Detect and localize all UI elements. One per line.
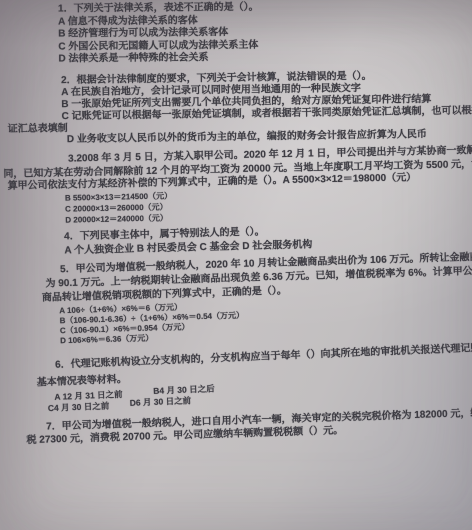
question-1-stem: 1．下列关于法律关系，表述不正确的是（）。 [58, 0, 472, 14]
question-1: 1．下列关于法律关系，表述不正确的是（）。 A 信息不得成为法律关系的客体 B … [0, 0, 472, 68]
question-1-option-a: A 信息不得成为法律关系的客体 [58, 13, 472, 27]
question-6-option-b: B4 月 30 日之后 [153, 384, 215, 395]
question-6: 6．代理记账机构设立分支机构的，分支机构应当于每年（）向其所在地的审批机关报送代… [0, 341, 472, 416]
question-6-option-c: C4 月 30 日之前 [48, 401, 110, 412]
question-1-option-c: C 外国公民和无国籍人可以成为法律关系主体 [58, 38, 472, 52]
question-1-option-b: B 经济管理行为可以成为法律关系客体 [58, 25, 472, 39]
question-2: 2．根据会计法律制度的要求，下列关于会计核算，说法错误的是（）。 A 在民族自治… [0, 69, 472, 148]
question-5: 5．甲公司为增值税一般纳税人，2020 年 10 月转让金融商品卖出价为 106… [0, 250, 472, 348]
photographed-exam-paper: 1．下列关于法律关系，表述不正确的是（）。 A 信息不得成为法律关系的客体 B … [0, 0, 472, 530]
question-1-option-d: D 法律关系是一种特殊的社会关系 [58, 50, 472, 64]
question-6-option-d: D6 月 30 日之前 [130, 396, 192, 407]
question-3: 3.2008 年 3 月 5 日，方某入职甲公司。2020 年 12 月 1 日… [0, 144, 472, 228]
